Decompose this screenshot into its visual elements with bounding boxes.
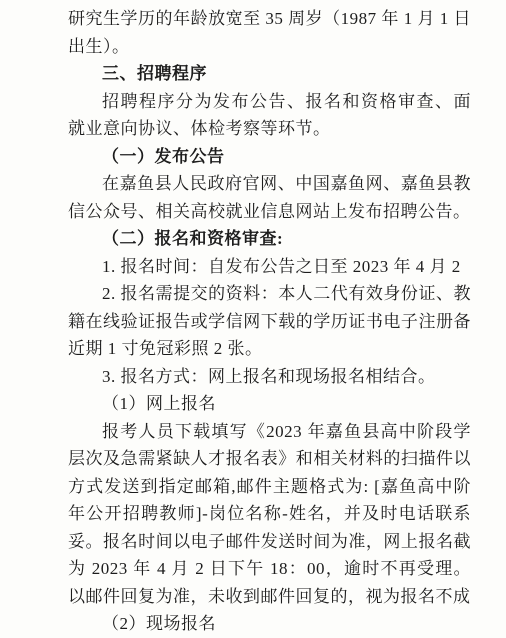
text-line: 研究生学历的年龄放宽至 35 周岁（1987 年 1 月 1 日及以后 <box>68 5 471 33</box>
text-line: 以邮件回复为准，未收到邮件回复的，视为报名不成功。 <box>68 583 471 611</box>
document-text: 研究生学历的年龄放宽至 35 周岁（1987 年 1 月 1 日及以后出生）。三… <box>0 0 506 638</box>
text-line: 信公众号、相关高校就业信息网站上发布招聘公告。 <box>68 198 471 226</box>
text-line: 招聘程序分为发布公告、报名和资格审查、面试、签订 <box>68 88 471 116</box>
text-line: 妥。报名时间以电子邮件发送时间为准，网上报名截止时间 <box>68 528 471 556</box>
subsection-heading: （二）报名和资格审查: <box>68 225 471 253</box>
text-line: （1）网上报名 <box>68 390 471 418</box>
text-line: 就业意向协议、体检考察等环节。 <box>68 115 471 143</box>
text-line: 近期 1 寸免冠彩照 2 张。 <box>68 335 471 363</box>
section-heading: 三、招聘程序 <box>68 60 471 88</box>
document-page: 研究生学历的年龄放宽至 35 周岁（1987 年 1 月 1 日及以后出生）。三… <box>0 0 506 638</box>
text-line: 籍在线验证报告或学信网下载的学历证书电子注册备案表、 <box>68 308 471 336</box>
text-line: 方式发送到指定邮箱,邮件主题格式为: [嘉鱼高中阶段 2023 <box>68 473 471 501</box>
text-line: 出生）。 <box>68 33 471 61</box>
text-line: 年公开招聘教师]-岗位名称-姓名，并及时电话联系确认收 <box>68 500 471 528</box>
text-line: （2）现场报名 <box>68 610 471 638</box>
subsection-heading: （一）发布公告 <box>68 143 471 171</box>
text-line: 在嘉鱼县人民政府官网、中国嘉鱼网、嘉鱼县教育局微 <box>68 170 471 198</box>
text-line: 报考人员下载填写《2023 年嘉鱼县高中阶段学校引进高 <box>68 418 471 446</box>
text-line: 为 2023 年 4 月 2 日下午 18：00，逾时不再受理。网络报名 <box>68 555 471 583</box>
text-line: 3. 报名方式：网上报名和现场报名相结合。 <box>68 363 471 391</box>
text-line: 层次及急需紧缺人才报名表》和相关材料的扫描件以压缩包 <box>68 445 471 473</box>
text-line: 2. 报名需提交的资料：本人二代有效身份证、教育部学 <box>68 280 471 308</box>
text-line: 1. 报名时间：自发布公告之日至 2023 年 4 月 2 日； <box>68 253 471 281</box>
